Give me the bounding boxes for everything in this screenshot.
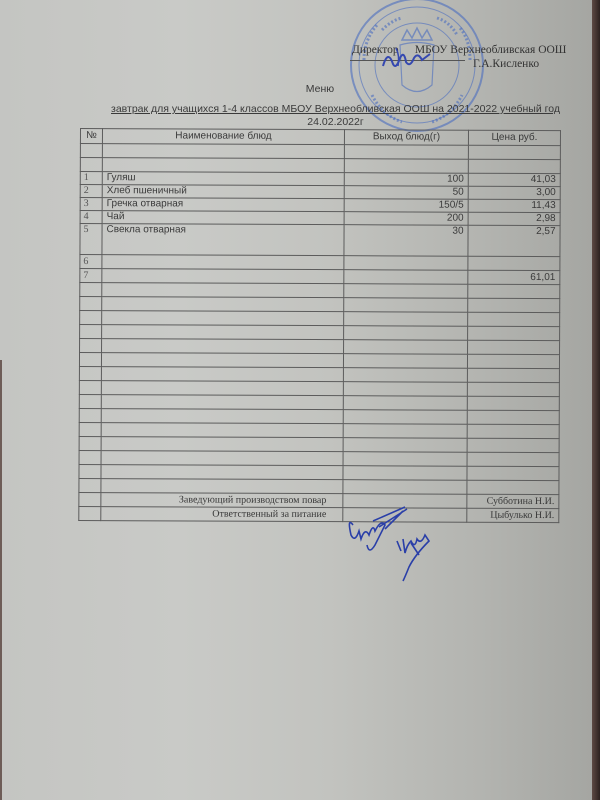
document-subtitle: завтрак для учащихся 1-4 классов МБОУ Ве… bbox=[108, 103, 563, 115]
dish-name: Хлеб пшеничный bbox=[102, 185, 344, 199]
approval-position: Директор bbox=[352, 44, 412, 56]
empty-cell bbox=[101, 367, 343, 382]
empty-cell bbox=[80, 311, 102, 325]
empty-cell bbox=[79, 492, 101, 506]
director-name: Г.А.Кисленко bbox=[473, 58, 539, 70]
empty-cell bbox=[343, 354, 467, 369]
empty-cell bbox=[343, 424, 467, 439]
paper-edge-left bbox=[0, 360, 2, 800]
empty-cell bbox=[343, 438, 467, 453]
empty-cell bbox=[102, 283, 344, 298]
empty-cell bbox=[467, 424, 559, 438]
header-dish-name: Наименование блюд bbox=[102, 129, 344, 145]
row-number bbox=[80, 144, 102, 158]
empty-cell bbox=[344, 326, 468, 341]
signatory-role: Заведующий производством повар bbox=[101, 493, 343, 508]
row-number bbox=[80, 158, 102, 172]
empty-cell bbox=[101, 465, 343, 480]
dish-price: 11,43 bbox=[468, 199, 560, 212]
signatory-row: Ответственный за питаниеЦыбулько Н.И. bbox=[79, 506, 559, 522]
dish-yield bbox=[344, 159, 468, 174]
dish-yield bbox=[344, 145, 468, 160]
document-title: Меню bbox=[0, 83, 600, 95]
empty-cell bbox=[101, 409, 343, 424]
empty-cell bbox=[343, 396, 467, 411]
empty-cell bbox=[79, 436, 101, 450]
empty-cell bbox=[468, 326, 560, 340]
signatory-role: Ответственный за питание bbox=[101, 507, 343, 522]
empty-cell bbox=[343, 410, 467, 425]
row-number: 2 bbox=[80, 185, 102, 198]
dish-name bbox=[102, 144, 344, 159]
dish-price: 61,01 bbox=[468, 270, 560, 284]
dish-price: 41,03 bbox=[468, 173, 560, 186]
empty-cell bbox=[343, 368, 467, 383]
empty-cell bbox=[101, 381, 343, 396]
header-price: Цена руб. bbox=[468, 130, 560, 145]
empty-cell bbox=[80, 297, 102, 311]
row-number: 7 bbox=[80, 269, 102, 283]
dish-price bbox=[468, 145, 560, 159]
empty-cell bbox=[468, 340, 560, 354]
empty-cell bbox=[79, 422, 101, 436]
dish-yield: 100 bbox=[344, 173, 468, 187]
empty-cell bbox=[467, 410, 559, 424]
empty-cell bbox=[467, 354, 559, 368]
dish-name bbox=[102, 158, 344, 173]
paper-edge bbox=[592, 0, 600, 800]
empty-cell bbox=[79, 450, 101, 464]
dish-yield: 30 bbox=[344, 225, 468, 257]
empty-cell bbox=[467, 480, 559, 494]
empty-cell bbox=[101, 479, 343, 494]
empty-cell bbox=[343, 382, 467, 397]
empty-cell bbox=[343, 466, 467, 481]
empty-cell bbox=[101, 395, 343, 410]
dish-yield: 200 bbox=[344, 212, 468, 226]
approval-organization: МБОУ Верхнеобливская ООШ bbox=[415, 44, 567, 56]
empty-cell bbox=[344, 284, 468, 299]
empty-cell bbox=[79, 353, 101, 367]
dish-yield bbox=[344, 256, 468, 271]
empty-cell bbox=[80, 339, 102, 353]
table-row: 5Свекла отварная302,57 bbox=[80, 224, 560, 257]
empty-cell bbox=[467, 382, 559, 396]
row-number: 6 bbox=[80, 255, 102, 269]
dish-name: Гречка отварная bbox=[102, 198, 344, 212]
empty-cell bbox=[102, 297, 344, 312]
dish-yield: 150/5 bbox=[344, 199, 468, 213]
empty-cell bbox=[467, 396, 559, 410]
empty-cell bbox=[344, 312, 468, 327]
dish-price bbox=[468, 256, 560, 270]
signature-cell bbox=[343, 508, 467, 523]
dish-name: Чай bbox=[102, 211, 344, 225]
empty-cell bbox=[101, 423, 343, 438]
dish-name bbox=[102, 269, 344, 284]
empty-cell bbox=[79, 394, 101, 408]
empty-cell bbox=[468, 312, 560, 326]
dish-price: 3,00 bbox=[468, 186, 560, 199]
empty-cell bbox=[102, 311, 344, 326]
signatory-name: Субботина Н.И. bbox=[467, 494, 559, 508]
empty-cell bbox=[467, 452, 559, 466]
dish-yield: 50 bbox=[344, 186, 468, 200]
document-date: 24.02.2022г bbox=[108, 116, 563, 128]
empty-cell bbox=[101, 451, 343, 466]
empty-cell bbox=[344, 298, 468, 313]
empty-cell bbox=[467, 438, 559, 452]
dish-price: 2,98 bbox=[468, 212, 560, 225]
dish-name: Гуляш bbox=[102, 172, 344, 186]
row-number: 3 bbox=[80, 198, 102, 211]
empty-cell bbox=[79, 408, 101, 422]
empty-cell bbox=[79, 366, 101, 380]
empty-cell bbox=[102, 325, 344, 340]
empty-cell bbox=[79, 464, 101, 478]
empty-cell bbox=[79, 380, 101, 394]
header-yield: Выход блюд(г) bbox=[344, 130, 468, 146]
empty-cell bbox=[79, 506, 101, 520]
empty-cell bbox=[101, 437, 343, 452]
menu-table: № Наименование блюд Выход блюд(г) Цена р… bbox=[78, 128, 561, 523]
dish-price bbox=[468, 159, 560, 173]
empty-cell bbox=[80, 325, 102, 339]
empty-cell bbox=[343, 480, 467, 495]
row-number: 4 bbox=[80, 211, 102, 224]
signatory-name: Цыбулько Н.И. bbox=[467, 508, 559, 522]
dish-name: Свекла отварная bbox=[102, 224, 344, 256]
row-number: 5 bbox=[80, 224, 102, 255]
signature-cell bbox=[343, 494, 467, 509]
empty-cell bbox=[344, 340, 468, 355]
empty-cell bbox=[343, 452, 467, 467]
row-number: 1 bbox=[80, 172, 102, 185]
empty-cell bbox=[468, 298, 560, 312]
dish-name bbox=[102, 255, 344, 270]
empty-cell bbox=[80, 283, 102, 297]
empty-cell bbox=[79, 478, 101, 492]
empty-cell bbox=[468, 284, 560, 298]
director-signature-line bbox=[350, 60, 465, 61]
dish-price: 2,57 bbox=[468, 225, 560, 256]
header-number: № bbox=[80, 129, 102, 144]
empty-cell bbox=[101, 353, 343, 368]
empty-cell bbox=[467, 368, 559, 382]
empty-cell bbox=[102, 339, 344, 354]
dish-yield bbox=[344, 270, 468, 285]
empty-cell bbox=[467, 466, 559, 480]
